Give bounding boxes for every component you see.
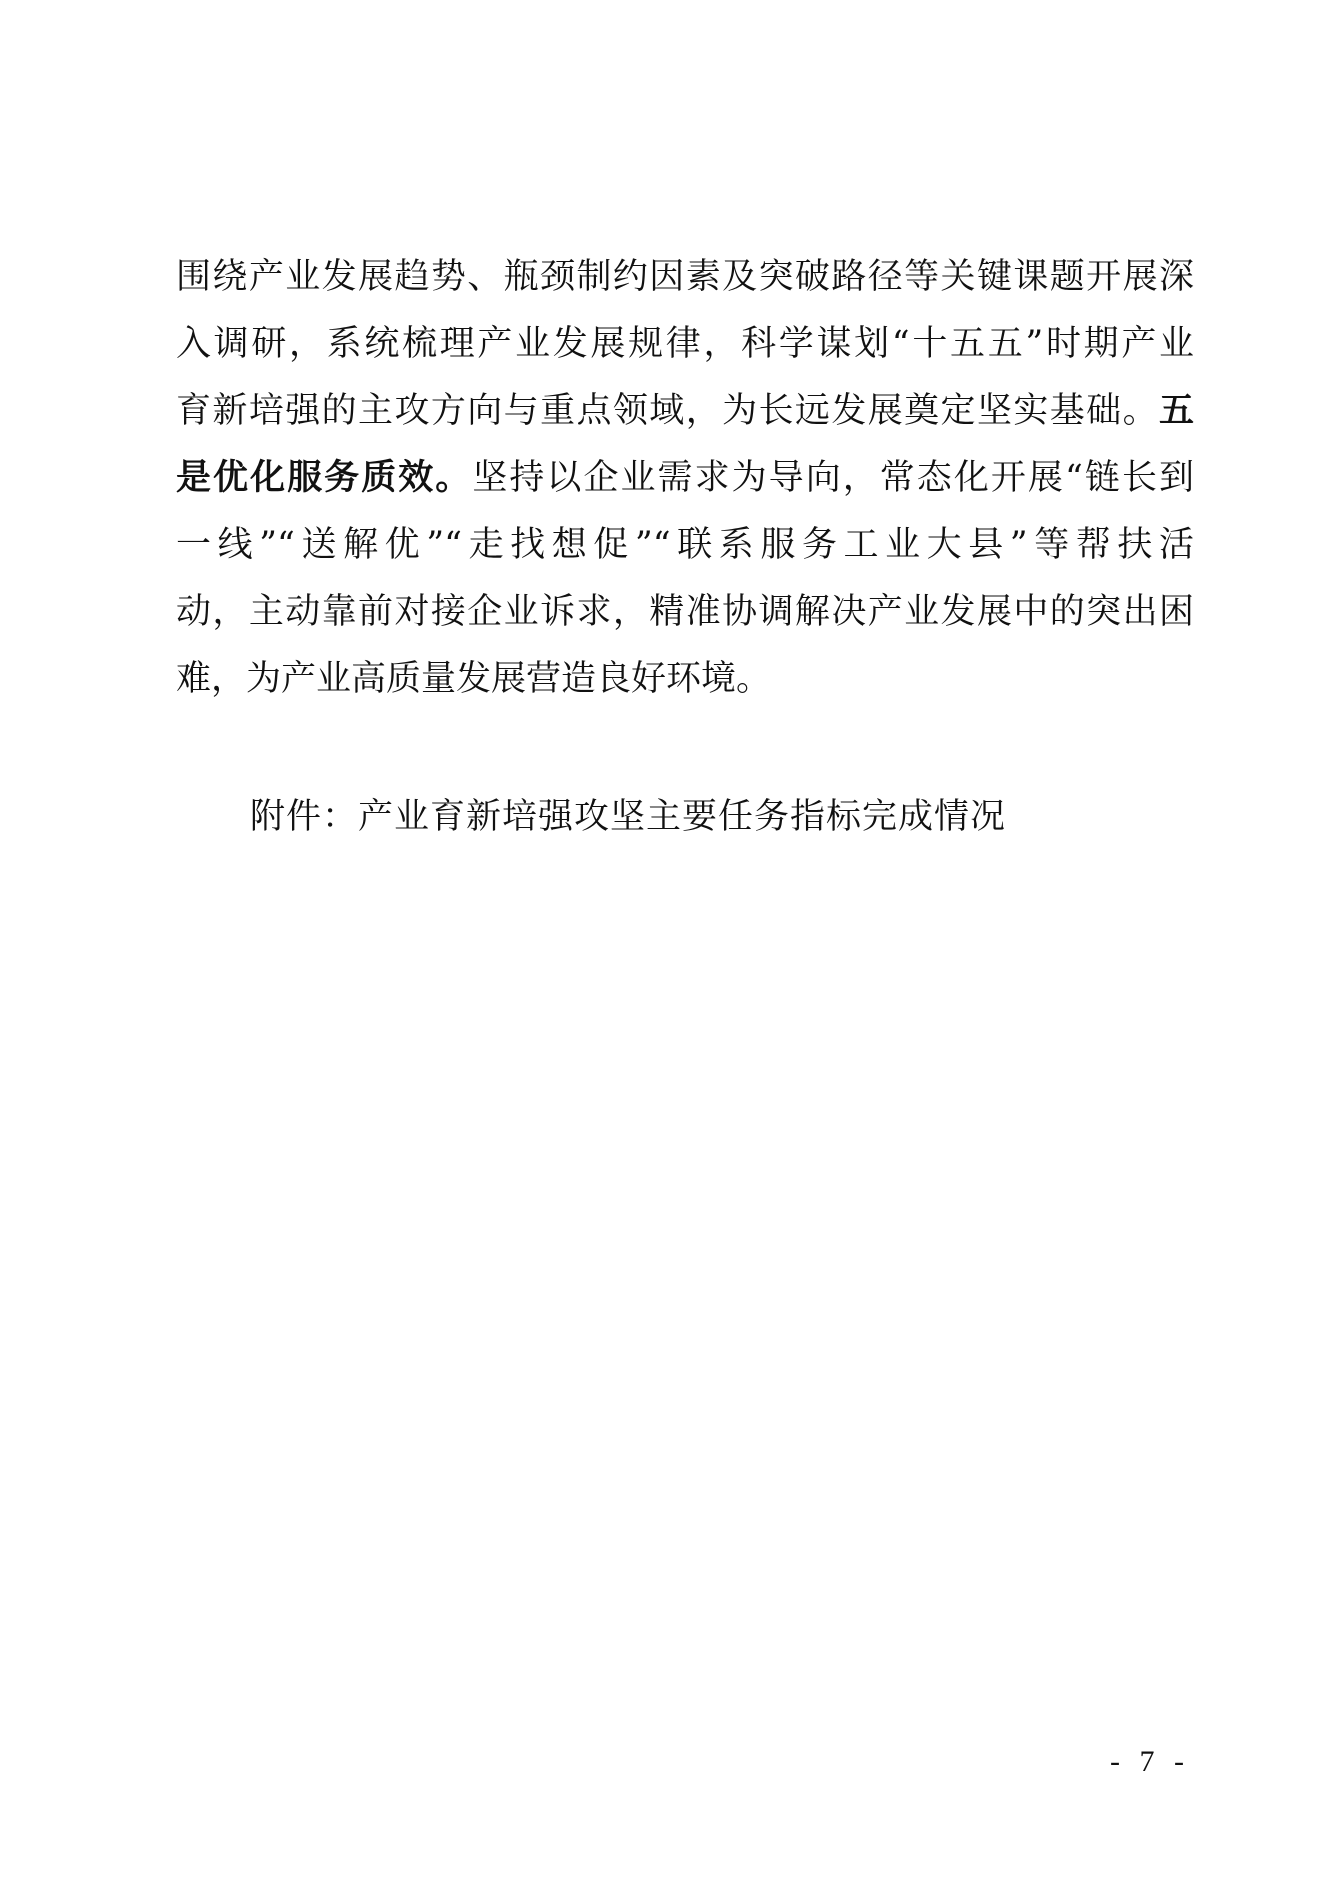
line-text: 围绕产业发展趋势、瓶颈制约因素及突破路径等关键课题开展深 <box>176 257 1194 297</box>
line-text: 育新培强的主攻方向与重点领域，为长远发展奠定坚实基础。 <box>176 391 1159 431</box>
line-text: 入调研，系统梳理产业发展规律，科学谋划“十五五”时期产业 <box>176 324 1194 364</box>
paragraph-line-4: 是优化服务质效。坚持以企业需求为导向，常态化开展“链长到 <box>176 453 1194 520</box>
line-text: 坚持以企业需求为导向，常态化开展“链长到 <box>472 458 1194 498</box>
body-paragraph: 围绕产业发展趋势、瓶颈制约因素及突破路径等关键课题开展深 入调研，系统梳理产业发… <box>176 252 1194 721</box>
document-page: 围绕产业发展趋势、瓶颈制约因素及突破路径等关键课题开展深 入调研，系统梳理产业发… <box>0 0 1334 1887</box>
paragraph-line-3: 育新培强的主攻方向与重点领域，为长远发展奠定坚实基础。五 <box>176 386 1194 453</box>
paragraph-line-5: 一线”“送解优”“走找想促”“联系服务工业大县”等帮扶活 <box>176 520 1194 587</box>
paragraph-line-2: 入调研，系统梳理产业发展规律，科学谋划“十五五”时期产业 <box>176 319 1194 386</box>
line-text: 动，主动靠前对接企业诉求，精准协调解决产业发展中的突出困 <box>176 592 1194 632</box>
bold-heading-text: 五 <box>1159 391 1194 431</box>
paragraph-line-7: 难，为产业高质量发展营造良好环境。 <box>176 654 1194 721</box>
page-number: - 7 - <box>1110 1742 1190 1782</box>
line-text: 难，为产业高质量发展营造良好环境。 <box>176 659 771 699</box>
line-text: 一线”“送解优”“走找想促”“联系服务工业大县”等帮扶活 <box>176 525 1194 565</box>
paragraph-line-1: 围绕产业发展趋势、瓶颈制约因素及突破路径等关键课题开展深 <box>176 252 1194 319</box>
attachment-note: 附件：产业育新培强攻坚主要任务指标完成情况 <box>250 792 1006 842</box>
bold-heading-text: 是优化服务质效。 <box>176 458 472 498</box>
paragraph-line-6: 动，主动靠前对接企业诉求，精准协调解决产业发展中的突出困 <box>176 587 1194 654</box>
